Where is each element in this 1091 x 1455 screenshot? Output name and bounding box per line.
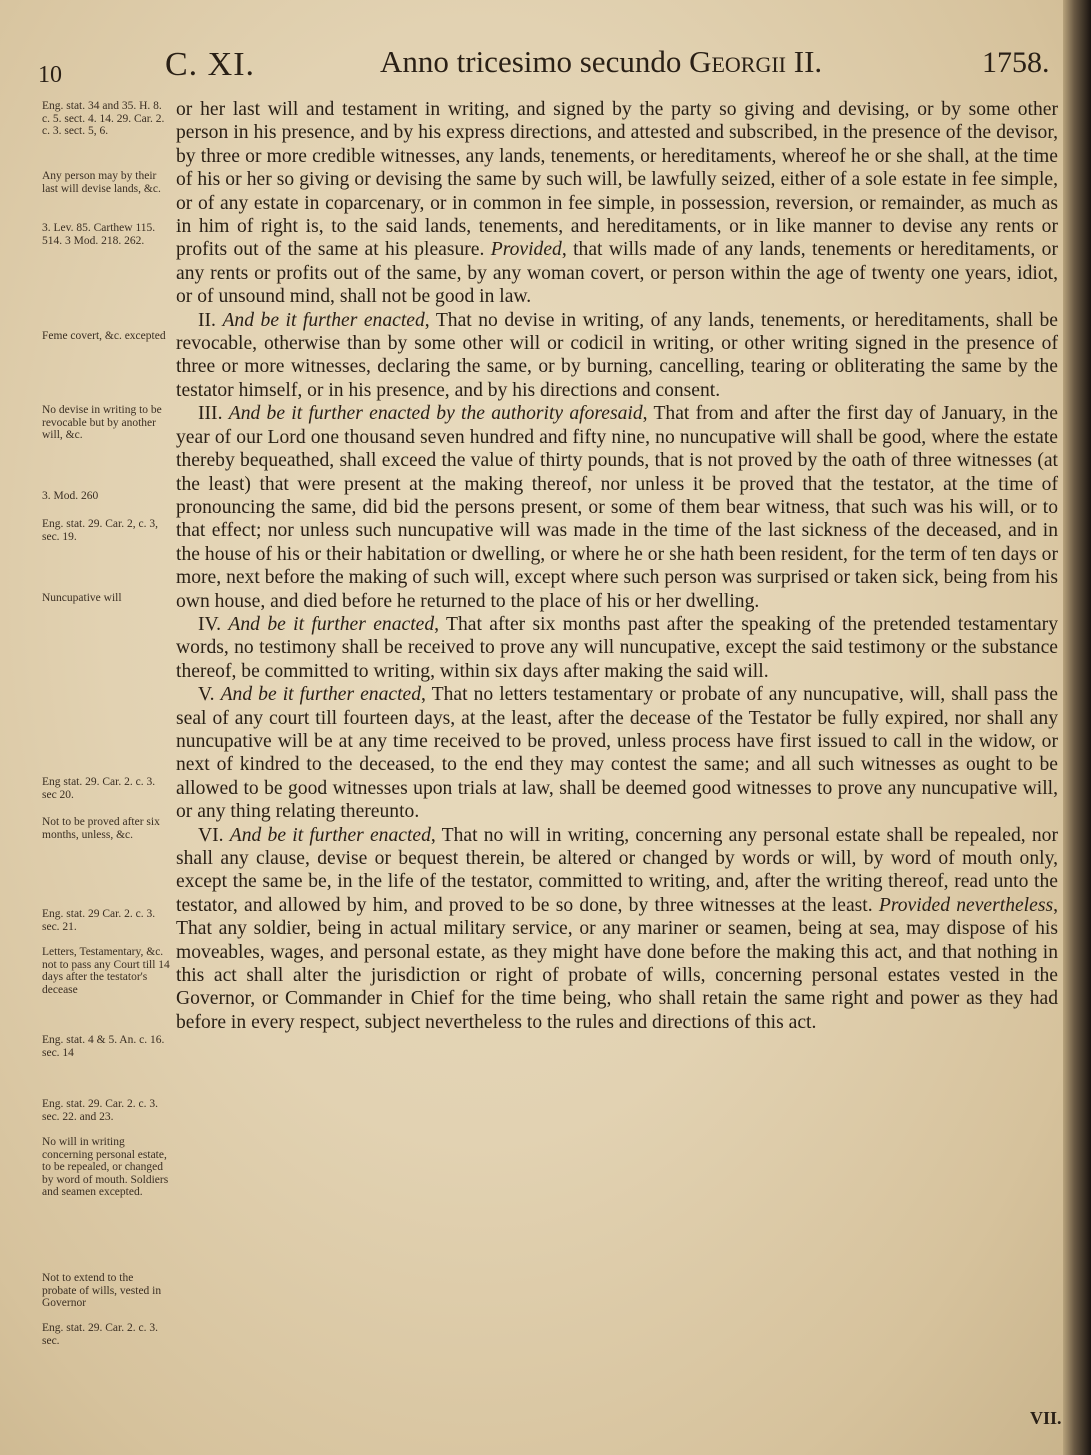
chapter-label: C. XI. bbox=[165, 46, 255, 84]
book-gutter-edge bbox=[1063, 0, 1091, 1455]
italic-span: Provided bbox=[491, 239, 562, 260]
margin-note: Nuncupative will bbox=[42, 592, 170, 605]
italic-span: And be it further enacted by the authori… bbox=[229, 403, 643, 424]
section-v: V. And be it further enacted, That no le… bbox=[176, 683, 1058, 823]
section-number: VI. bbox=[198, 825, 230, 846]
year-label: 1758. bbox=[982, 46, 1050, 80]
margin-note: Eng. stat. 34 and 35. H. 8. c. 5. sect. … bbox=[42, 100, 170, 138]
margin-note: Eng. stat. 29 Car. 2. c. 3. sec. 21. bbox=[42, 908, 170, 933]
page-number: 10 bbox=[38, 62, 62, 89]
margin-note: Letters, Testamentary, &c. not to pass a… bbox=[42, 946, 170, 996]
section-iii: III. And be it further enacted by the au… bbox=[176, 402, 1058, 613]
text-span: or her last will and testament in writin… bbox=[176, 99, 1058, 260]
margin-note: 3. Mod. 260 bbox=[42, 490, 170, 503]
paragraph-continuation: or her last will and testament in writin… bbox=[176, 98, 1058, 309]
section-number: III. bbox=[198, 403, 229, 424]
margin-note: Eng. stat. 4 & 5. An. c. 16. sec. 14 bbox=[42, 1034, 170, 1059]
section-iv: IV. And be it further enacted, That afte… bbox=[176, 613, 1058, 683]
section-number: IV. bbox=[198, 614, 228, 635]
running-title-king: Georgii bbox=[689, 44, 786, 79]
italic-span: And be it further enacted bbox=[230, 825, 431, 846]
body-text: or her last will and testament in writin… bbox=[176, 98, 1058, 1034]
catchword: VII. bbox=[1030, 1408, 1062, 1429]
margin-note: Eng. stat. 29. Car. 2, c. 3, sec. 19. bbox=[42, 518, 170, 543]
margin-note: Any person may by their last will devise… bbox=[42, 170, 170, 195]
document-page: 10 C. XI. Anno tricesimo secundo Georgii… bbox=[0, 0, 1065, 1455]
margin-note: No devise in writing to be revocable but… bbox=[42, 404, 170, 442]
running-title-text: Anno tricesimo secundo bbox=[380, 44, 689, 79]
margin-note: No will in writing concerning personal e… bbox=[42, 1136, 170, 1199]
italic-span: Provided nevertheless bbox=[879, 895, 1053, 916]
margin-note: Not to be proved after six months, unles… bbox=[42, 816, 170, 841]
margin-note: 3. Lev. 85. Carthew 115. 514. 3 Mod. 218… bbox=[42, 222, 170, 247]
margin-note: Eng. stat. 29. Car. 2. c. 3. sec. bbox=[42, 1322, 170, 1347]
section-ii: II. And be it further enacted, That no d… bbox=[176, 309, 1058, 403]
section-vi: VI. And be it further enacted, That no w… bbox=[176, 824, 1058, 1035]
italic-span: And be it further enacted bbox=[228, 614, 434, 635]
italic-span: And be it further enacted bbox=[222, 310, 424, 331]
section-number: II. bbox=[198, 310, 222, 331]
margin-note: Feme covert, &c. excepted bbox=[42, 330, 170, 343]
margin-note: Not to extend to the probate of wills, v… bbox=[42, 1272, 170, 1310]
running-title: Anno tricesimo secundo Georgii II. bbox=[380, 44, 822, 80]
section-number: V. bbox=[198, 684, 221, 705]
margin-note: Eng stat. 29. Car. 2. c. 3. sec 20. bbox=[42, 776, 170, 801]
margin-note: Eng. stat. 29. Car. 2. c. 3. sec. 22. an… bbox=[42, 1098, 170, 1123]
page-header: 10 C. XI. Anno tricesimo secundo Georgii… bbox=[0, 34, 1065, 84]
italic-span: And be it further enacted bbox=[221, 684, 421, 705]
running-title-regnal: II. bbox=[786, 44, 822, 79]
text-span: , That from and after the first day of J… bbox=[176, 403, 1058, 611]
